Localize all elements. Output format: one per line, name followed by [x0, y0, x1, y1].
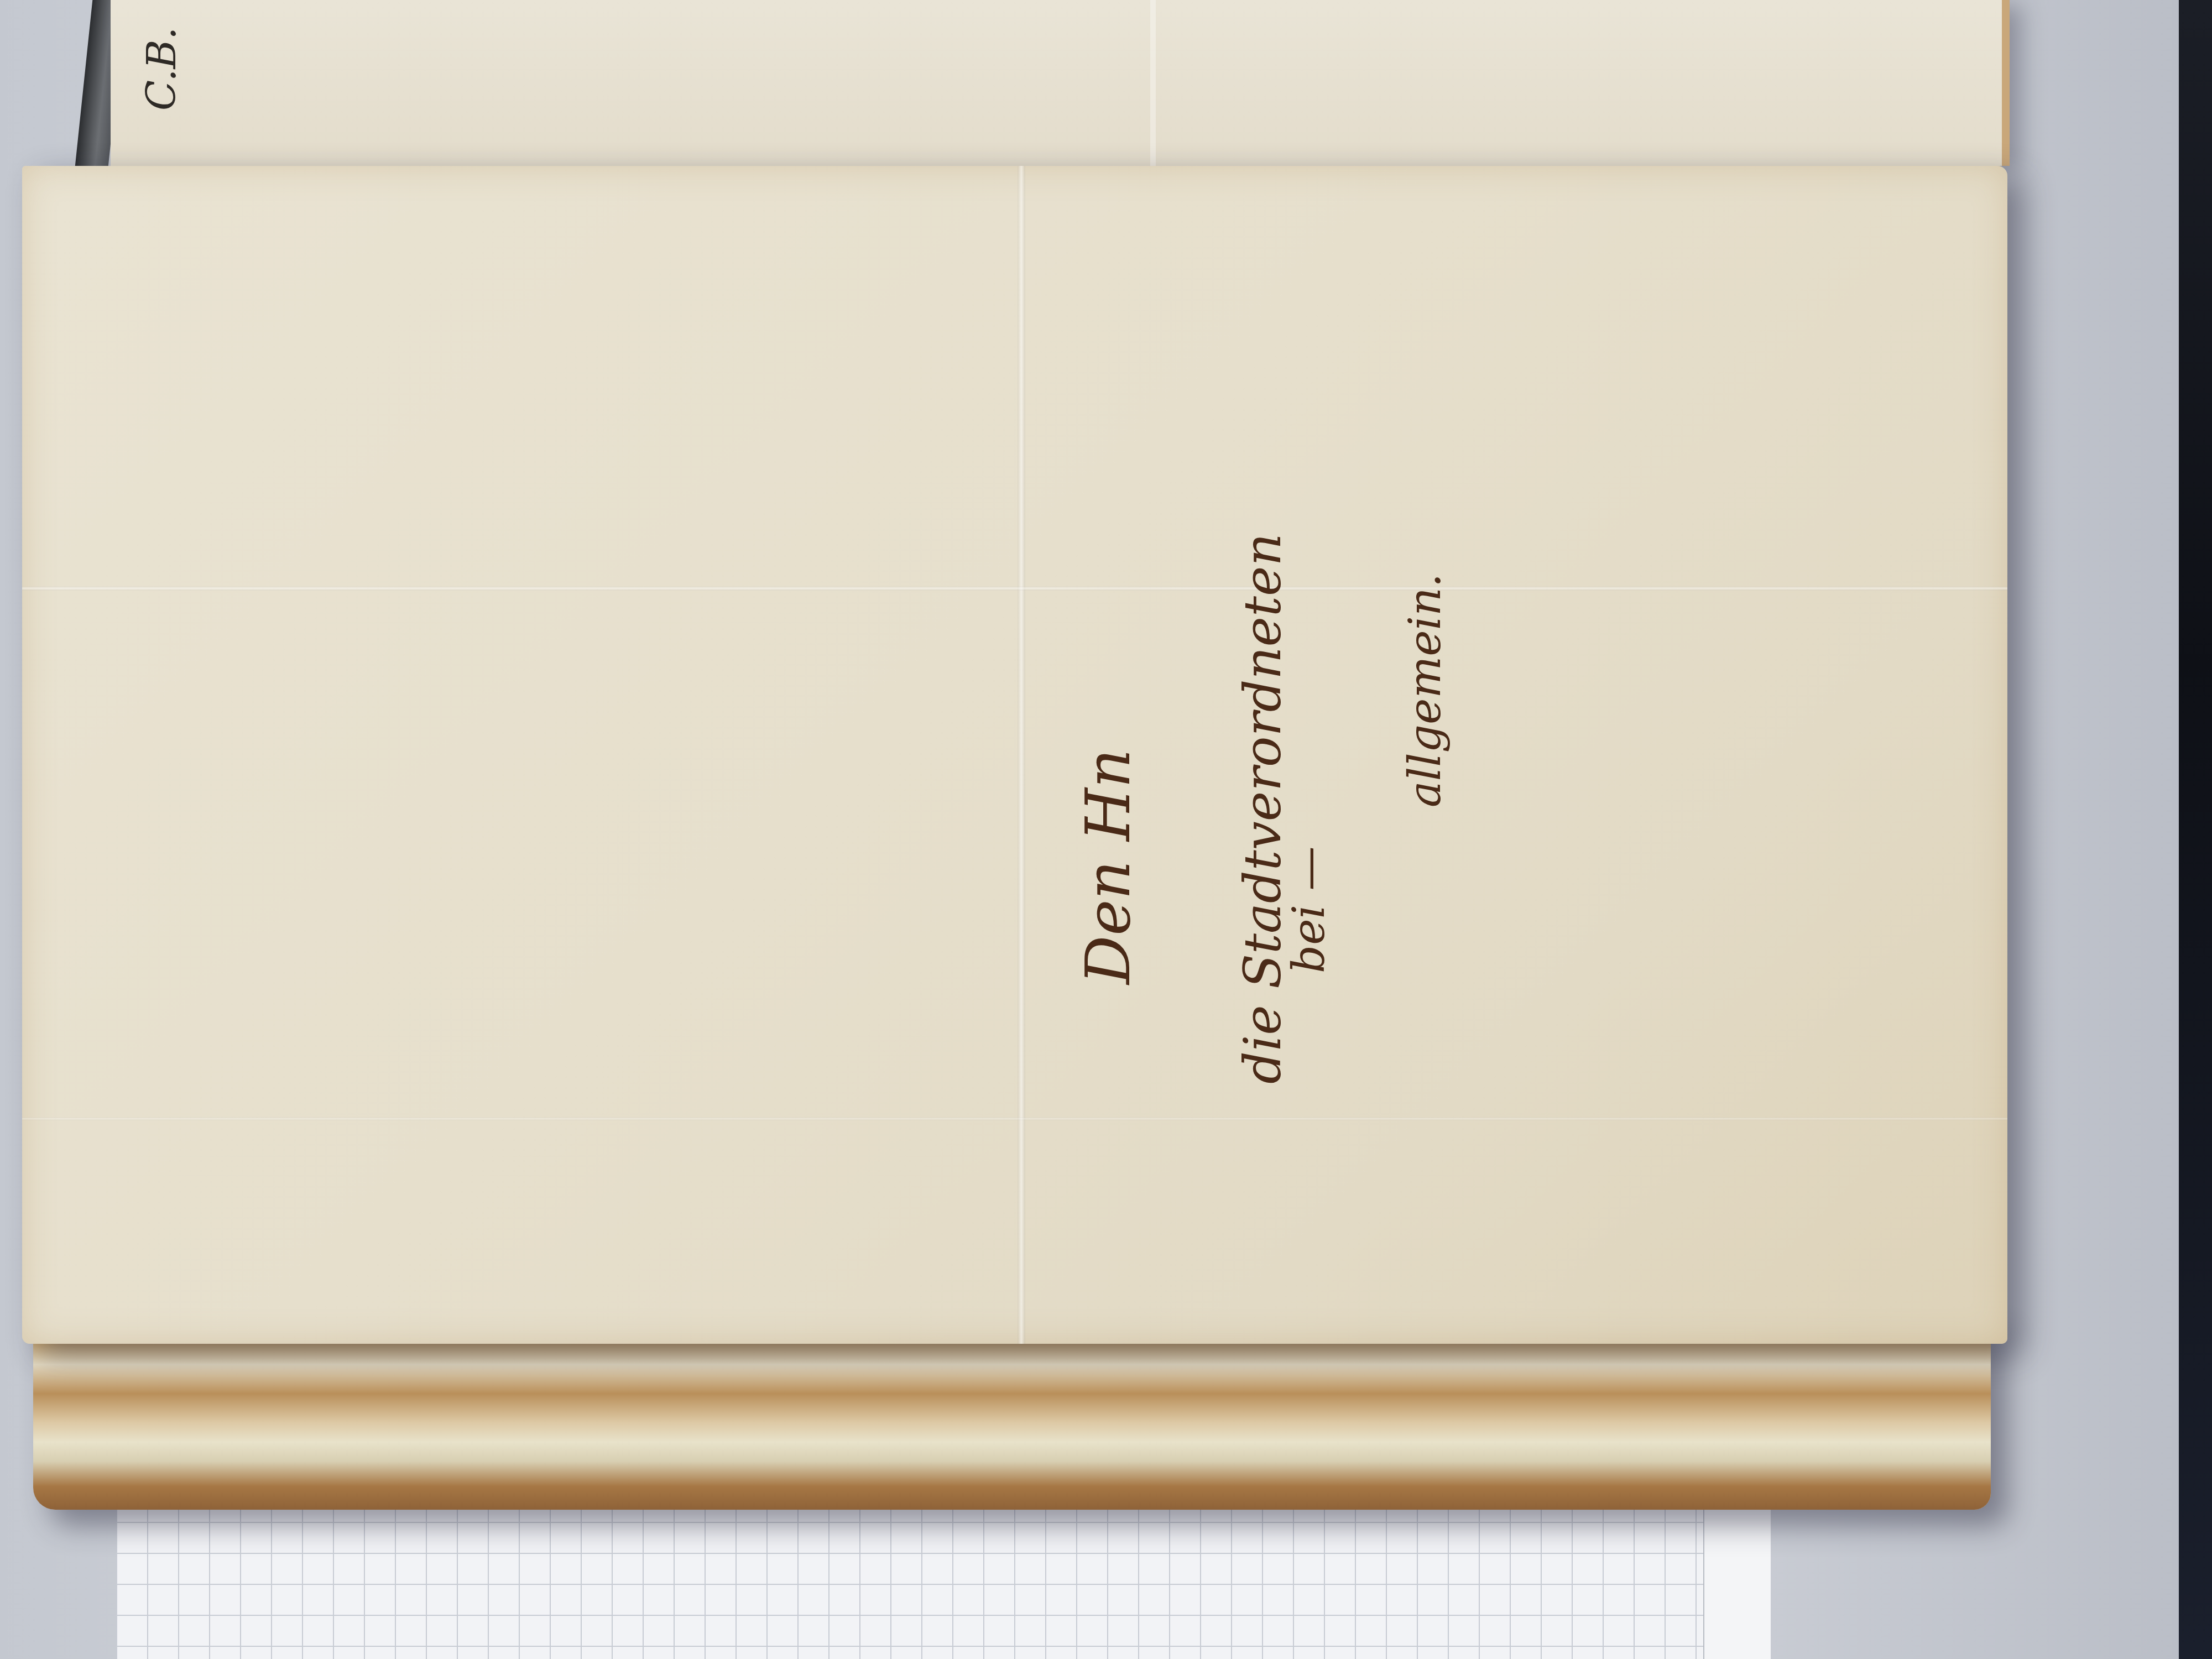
- vertical-fold: [1018, 166, 1025, 1344]
- margin-annotation: C.B.: [138, 27, 185, 111]
- handwritten-line-2: die Stadtverordneten: [1233, 533, 1292, 1084]
- horizontal-fold-lower: [22, 1117, 2007, 1120]
- horizontal-fold: [22, 586, 2007, 591]
- upper-page: [111, 0, 2010, 166]
- page-stack-edges: [33, 1316, 1991, 1510]
- dark-table-edge: [2179, 0, 2212, 1659]
- handwritten-line-4: allgemein.: [1399, 573, 1451, 807]
- grid-paper-edge: [1703, 1493, 1771, 1659]
- fold-line: [1150, 0, 1156, 166]
- handwritten-line-3: bei —: [1283, 846, 1334, 973]
- handwritten-line-1: Den Hn: [1073, 749, 1144, 984]
- manuscript-page: [22, 166, 2007, 1344]
